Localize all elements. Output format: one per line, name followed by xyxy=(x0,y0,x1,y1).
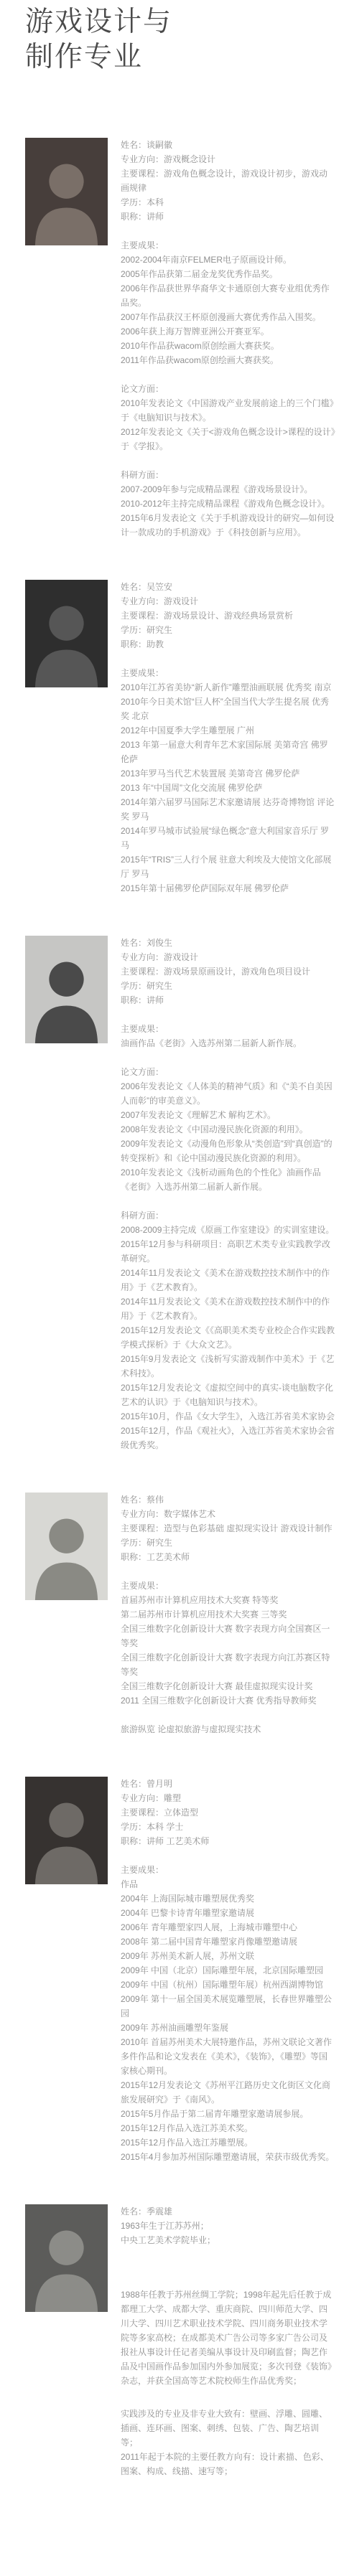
achievement-line: 2006年 青年雕塑家四人展，上海城市雕塑中心 xyxy=(121,1920,335,1935)
achievement-line: 作品 xyxy=(121,1877,335,1891)
achievement-line: 2009年 第十一届全国美术展览雕塑展，长春世界雕塑公园 xyxy=(121,1992,335,2021)
member-card: 姓名：蔡伟专业方向：数字媒体艺术主要课程：造型与色彩基础 虚拟现实设计 游戏设计… xyxy=(25,1493,338,1736)
page-title-line-1: 游戏设计与 xyxy=(25,4,338,39)
member-details: 姓名：蔡伟专业方向：数字媒体艺术主要课程：造型与色彩基础 虚拟现实设计 游戏设计… xyxy=(121,1493,338,1736)
member-info-line: 专业方向：游戏概念设计 xyxy=(121,152,335,166)
achievement-line: 油画作品《老街》入选苏州第二届新人新作展。 xyxy=(121,1036,335,1050)
achievement-line: 2015年12月，作品《观社火》，入选江苏省美术家协会省级优秀奖。 xyxy=(121,1424,335,1452)
achievement-line: 2015年12月参与科研项目：高职艺术类专业实践教学改革研究。 xyxy=(121,1237,335,1266)
achievement-line: 2015年12月发表论文《虚拟空间中的真实-谈电脑数字化艺术的认识》于《电脑知识… xyxy=(121,1381,335,1409)
achievement-line: 2011 全国三维数字化创新设计大赛 优秀指导教师奖 xyxy=(121,1693,335,1708)
achievement-line: 2004年 巴黎卡诗青年雕塑家邀请展 xyxy=(121,1906,335,1920)
achievement-line: 2010年 首届苏州美术大展特邀作品，苏州文联论文著作 xyxy=(121,2035,335,2049)
member-details: 姓名：刘俊生专业方向：游戏设计主要课程：游戏场景原画设计，游戏角色项目设计学历：… xyxy=(121,936,338,1452)
member-info-line: 学历：研究生 xyxy=(121,1536,335,1550)
portrait-man-goatee-glasses-photo xyxy=(25,936,108,1043)
member-info: 姓名：蔡伟专业方向：数字媒体艺术主要课程：造型与色彩基础 虚拟现实设计 游戏设计… xyxy=(121,1493,335,1564)
member-info-line: 主要课程：游戏角色概念设计，游戏设计初步，游戏动画规律 xyxy=(121,166,335,195)
member-info-line: 姓名：谈嗣徽 xyxy=(121,138,335,152)
achievement-section: 主要成果：首届苏州市计算机应用技术大奖赛 特等奖第二届苏州市计算机应用技术大奖赛… xyxy=(121,1579,335,1708)
member-info: 姓名：季震雄1963年生于江苏苏州；中央工艺美术学院毕业； xyxy=(121,2204,335,2247)
achievement-line: 2010年发表论文《中国游戏产业发展前途上的三个门槛》于《电脑知识与技术》。 xyxy=(121,396,335,425)
member-details: 姓名：谈嗣徽专业方向：游戏概念设计主要课程：游戏角色概念设计，游戏设计初步，游戏… xyxy=(121,138,338,540)
member-info-line: 职称：助教 xyxy=(121,637,335,652)
achievement-line: 实践涉及的专业及非专业大致有：壁画、浮雕、圆雕、插画、连环画、图案、刺绣、包装、… xyxy=(121,2407,335,2450)
achievement-line: 2010年发表论文《浅析动画角色的个性化》油画作品《老街》入选苏州第二届新人新作… xyxy=(121,1165,335,1194)
member-info: 姓名：谈嗣徽专业方向：游戏概念设计主要课程：游戏角色概念设计，游戏设计初步，游戏… xyxy=(121,138,335,224)
achievement-line: 2008年 第二届中国青年雕塑家肖像雕塑邀请展 xyxy=(121,1935,335,1949)
member-info-line: 1963年生于江苏苏州； xyxy=(121,2219,335,2233)
achievement-line: 2015年10月，作品《女大学生》，入选江苏省美术家协会 xyxy=(121,1409,335,1424)
member-card: 姓名：刘俊生专业方向：游戏设计主要课程：游戏场景原画设计，游戏角色项目设计学历：… xyxy=(25,936,338,1452)
section-heading: 论文方面： xyxy=(121,1065,335,1079)
achievement-line: 2010年作品获wacom原创绘画大赛获奖。 xyxy=(121,339,335,353)
achievement-line: 2009年 苏州油画雕塑年鉴展 xyxy=(121,2021,335,2035)
member-info: 姓名：曾月明专业方向：雕塑主要课程：立体造型学历：本科 学士职称：讲师 工艺美术… xyxy=(121,1777,335,1848)
portrait-woman-dark-photo xyxy=(25,1777,108,1884)
achievement-line: 2015年第十届佛罗伦萨国际双年展 佛罗伦萨 xyxy=(121,881,335,896)
member-info-line: 学历：研究生 xyxy=(121,979,335,993)
member-info-line: 专业方向：游戏设计 xyxy=(121,950,335,964)
section-heading: 主要成果： xyxy=(121,238,335,253)
person-silhouette-icon xyxy=(25,947,108,1043)
section-heading: 主要成果： xyxy=(121,666,335,680)
member-info-line: 职称：工艺美术师 xyxy=(121,1550,335,1564)
achievement-section: 旅游纵览 论虚拟旅游与虚拟现实技术 xyxy=(121,1722,335,1736)
achievement-line: 2012年中国夏季大学生雕塑展 广州 xyxy=(121,723,335,738)
member-sections: 1988年任教于苏州丝绸工学院；1998年起先后任教于成都理工大学、成都大学、重… xyxy=(121,2288,335,2478)
achievement-line: 2009年发表论文《动漫角色形象从“类创造”到“真创造”的转变探析》和《论中国动… xyxy=(121,1137,335,1165)
achievement-section: 主要成果：2002-2004年南京FELMER电子原画设计师。2005年作品获第… xyxy=(121,238,335,367)
achievement-line: 2010年江苏省美协“新人新作”雕塑油画联展 优秀奖 南京 xyxy=(121,680,335,695)
achievement-line: 2008-2009主持完成《原画工作室建设》的实训室建设。 xyxy=(121,1223,335,1237)
member-info-line: 学历：研究生 xyxy=(121,623,335,637)
member-info-line: 主要课程：游戏场景原画设计，游戏角色项目设计 xyxy=(121,964,335,979)
achievement-line: 2007年作品获汉王杯原创漫画大赛优秀作品入围奖。 xyxy=(121,310,335,324)
achievement-line: 2002-2004年南京FELMER电子原画设计师。 xyxy=(121,253,335,267)
member-card: 姓名：谈嗣徽专业方向：游戏概念设计主要课程：游戏角色概念设计，游戏设计初步，游戏… xyxy=(25,138,338,540)
achievement-line: 2009年 苏州美术新人展，苏州文联 xyxy=(121,1949,335,1963)
achievement-line: 2014年罗马城市试验展“绿色概念”意大利国家音乐厅 罗马 xyxy=(121,824,335,852)
achievement-line: 2006年获上海万智牌亚洲公开赛亚军。 xyxy=(121,324,335,339)
achievement-section: 主要成果：2010年江苏省美协“新人新作”雕塑油画联展 优秀奖 南京2010年今… xyxy=(121,666,335,896)
achievement-line: 2004年 上海国际城市雕塑展优秀奖 xyxy=(121,1891,335,1906)
achievement-line: 全国三维数字化创新设计大赛 最佳虚拟现实设计奖 xyxy=(121,1679,335,1693)
section-heading: 科研方面： xyxy=(121,468,335,482)
achievement-line: 2011年起于本院的主要任教方向有：设计素描、色彩、图案、构成、线描、速写等； xyxy=(121,2450,335,2478)
member-info-line: 职称：讲师 xyxy=(121,993,335,1007)
member-info-line: 主要课程：造型与色彩基础 虚拟现实设计 游戏设计制作 xyxy=(121,1521,335,1536)
member-details: 姓名：曾月明专业方向：雕塑主要课程：立体造型学历：本科 学士职称：讲师 工艺美术… xyxy=(121,1777,338,2164)
person-silhouette-icon xyxy=(25,591,108,687)
achievement-line: 2006年发表论文《人体美的精神气质》和《“美不自美因人而彰”的审美意义》。 xyxy=(121,1079,335,1108)
achievement-line: 2015年4月参加苏州国际雕塑邀请展，荣获市级优秀奖。 xyxy=(121,2150,335,2164)
achievement-section: 主要成果：油画作品《老街》入选苏州第二届新人新作展。 xyxy=(121,1022,335,1050)
achievement-line: 2012年发表论文《关于<游戏角色概念设计>课程的设计》于《学报》。 xyxy=(121,425,335,453)
member-sections: 主要成果：2002-2004年南京FELMER电子原画设计师。2005年作品获第… xyxy=(121,238,335,540)
member-details: 姓名：季震雄1963年生于江苏苏州；中央工艺美术学院毕业；1988年任教于苏州丝… xyxy=(121,2204,338,2478)
member-info: 姓名：刘俊生专业方向：游戏设计主要课程：游戏场景原画设计，游戏角色项目设计学历：… xyxy=(121,936,335,1007)
member-sections: 主要成果：作品2004年 上海国际城市雕塑展优秀奖2004年 巴黎卡诗青年雕塑家… xyxy=(121,1863,335,2164)
achievement-section: 科研方面：2008-2009主持完成《原画工作室建设》的实训室建设。2015年1… xyxy=(121,1208,335,1452)
member-info-line: 职称：讲师 xyxy=(121,210,335,224)
member-details: 姓名：吴笠安专业方向：游戏设计主要课程：游戏场景设计、游戏经典场景赏析学历：研究… xyxy=(121,580,338,896)
member-info-line: 主要课程：游戏场景设计、游戏经典场景赏析 xyxy=(121,608,335,623)
achievement-line: 全国三维数字化创新设计大赛 数字表现方向江苏赛区特等奖 xyxy=(121,1650,335,1679)
member-info-line: 姓名：曾月明 xyxy=(121,1777,335,1791)
member-info-line: 专业方向：游戏设计 xyxy=(121,594,335,608)
member-info-line: 专业方向：数字媒体艺术 xyxy=(121,1507,335,1521)
achievement-line: 2010年今日美术馆“巨人杯”全国当代大学生提名展 优秀奖 北京 xyxy=(121,695,335,723)
achievement-line: 旅游纵览 论虚拟旅游与虚拟现实技术 xyxy=(121,1722,335,1736)
member-info-line: 中央工艺美术学院毕业； xyxy=(121,2233,335,2247)
achievement-line: 2007-2009年参与完成精品课程《游戏场景设计》。 xyxy=(121,482,335,497)
achievement-section: 实践涉及的专业及非专业大致有：壁画、浮雕、圆雕、插画、连环画、图案、刺绣、包装、… xyxy=(121,2407,335,2478)
achievement-line: 2009年 中国（北京）国际雕塑年展，北京国际雕塑园 xyxy=(121,1963,335,1978)
person-silhouette-icon xyxy=(25,2216,108,2312)
achievement-section: 论文方面：2006年发表论文《人体美的精神气质》和《“美不自美因人而彰”的审美意… xyxy=(121,1065,335,1194)
achievement-line: 2015年6月发表论文《关于手机游戏设计的研究—如何设计一款成功的手机游戏》于《… xyxy=(121,511,335,540)
achievement-line: 2015年9月发表论文《浅析写实游戏制作中美术》于《艺术科技》。 xyxy=(121,1352,335,1381)
page: 游戏设计与 制作专业 姓名：谈嗣徽专业方向：游戏概念设计主要课程：游戏角色概念设… xyxy=(0,0,344,2576)
achievement-line: 2005年作品获第二届金龙奖优秀作品奖。 xyxy=(121,267,335,281)
section-heading: 科研方面： xyxy=(121,1208,335,1223)
portrait-man-medium-photo xyxy=(25,2204,108,2312)
achievement-section: 科研方面：2007-2009年参与完成精品课程《游戏场景设计》。2010-201… xyxy=(121,468,335,540)
person-silhouette-icon xyxy=(25,1504,108,1600)
achievement-line: 2009年 中国（杭州）国际雕塑年展）杭州西湖博物馆 xyxy=(121,1978,335,1992)
achievement-line: 全国三维数字化创新设计大赛 数字表现方向全国赛区一等奖 xyxy=(121,1622,335,1650)
member-sections: 主要成果：首届苏州市计算机应用技术大奖赛 特等奖第二届苏州市计算机应用技术大奖赛… xyxy=(121,1579,335,1736)
portrait-man-outdoor-backpack-photo xyxy=(25,1493,108,1600)
page-title-line-2: 制作专业 xyxy=(25,39,338,75)
achievement-line: 多件作品和论文发表在《美术》，《装饰》，《雕塑》等国家核心期刊。 xyxy=(121,2049,335,2078)
member-info-line: 姓名：季震雄 xyxy=(121,2204,335,2219)
section-heading: 论文方面： xyxy=(121,382,335,396)
achievement-line: 2014年11月发表论文《美术在游戏数控技术制作中的作用》于《艺术教育》。 xyxy=(121,1266,335,1294)
section-heading: 主要成果： xyxy=(121,1022,335,1036)
person-silhouette-icon xyxy=(25,1788,108,1884)
achievement-line: 2015年12月发表论文《苏州平江路历史文化街区文化商旅发展研究》于《南风》。 xyxy=(121,2078,335,2107)
achievement-line: 2015年12月作品入选江苏美术奖。 xyxy=(121,2121,335,2135)
member-card: 姓名：曾月明专业方向：雕塑主要课程：立体造型学历：本科 学士职称：讲师 工艺美术… xyxy=(25,1777,338,2164)
achievement-line: 2014年第六届罗马国际艺术家邀请展 达芬奇博物馆 评论奖 罗马 xyxy=(121,795,335,824)
achievement-line: 2011年作品获wacom原创绘画大赛获奖。 xyxy=(121,353,335,367)
achievement-line: 2015年12月发表论文《《高职美术类专业校企合作实践教学模式探析》于《大众文艺… xyxy=(121,1323,335,1352)
achievement-line: 2014年11月发表论文《美术在游戏数控技术制作中的作用》于《艺术教育》。 xyxy=(121,1294,335,1323)
member-card: 姓名：吴笠安专业方向：游戏设计主要课程：游戏场景设计、游戏经典场景赏析学历：研究… xyxy=(25,580,338,896)
person-silhouette-icon xyxy=(25,149,108,245)
achievement-line: 2015年5月作品于第二届青年雕塑家邀请展参展。 xyxy=(121,2107,335,2121)
page-title: 游戏设计与 制作专业 xyxy=(25,4,338,75)
achievement-line: 2010-2012年主持完成精品课程《游戏角色概念设计》。 xyxy=(121,497,335,511)
achievement-line: 第二届苏州市计算机应用技术大奖赛 三等奖 xyxy=(121,1607,335,1622)
achievement-line: 2008年发表论文《中国动漫民族化资源的利用》。 xyxy=(121,1122,335,1137)
member-info-line: 主要课程：立体造型 xyxy=(121,1805,335,1820)
achievement-section: 论文方面：2010年发表论文《中国游戏产业发展前途上的三个门槛》于《电脑知识与技… xyxy=(121,382,335,453)
member-info-line: 职称：讲师 工艺美术师 xyxy=(121,1834,335,1848)
achievement-line: 2007年发表论文《理解艺术 解构艺术》。 xyxy=(121,1108,335,1122)
achievement-line: 首届苏州市计算机应用技术大奖赛 特等奖 xyxy=(121,1593,335,1607)
achievement-line: 2013 年“中国周”文化交流展 佛罗伦萨 xyxy=(121,781,335,795)
achievement-line: 2006年作品获世界华裔华文卡通原创大赛专业组优秀作品奖。 xyxy=(121,281,335,310)
member-info-line: 姓名：蔡伟 xyxy=(121,1493,335,1507)
achievement-line: 1988年任教于苏州丝绸工学院；1998年起先后任教于成都理工大学、成都大学、重… xyxy=(121,2288,335,2388)
portrait-man-dark-photo xyxy=(25,580,108,687)
section-heading: 主要成果： xyxy=(121,1863,335,1877)
member-card: 姓名：季震雄1963年生于江苏苏州；中央工艺美术学院毕业；1988年任教于苏州丝… xyxy=(25,2204,338,2478)
achievement-section: 主要成果：作品2004年 上海国际城市雕塑展优秀奖2004年 巴黎卡诗青年雕塑家… xyxy=(121,1863,335,2164)
member-info-line: 专业方向：雕塑 xyxy=(121,1791,335,1805)
member-sections: 主要成果：油画作品《老街》入选苏州第二届新人新作展。论文方面：2006年发表论文… xyxy=(121,1022,335,1452)
member-sections: 主要成果：2010年江苏省美协“新人新作”雕塑油画联展 优秀奖 南京2010年今… xyxy=(121,666,335,896)
achievement-line: 2015年“TRIS”三人行个展 驻意大利埃及大使馆文化部展厅 罗马 xyxy=(121,852,335,881)
achievement-section: 1988年任教于苏州丝绸工学院；1998年起先后任教于成都理工大学、成都大学、重… xyxy=(121,2288,335,2388)
portrait-man-glasses-photo xyxy=(25,138,108,245)
member-info-line: 学历：本科 xyxy=(121,195,335,210)
member-info-line: 姓名：刘俊生 xyxy=(121,936,335,950)
member-info-line: 学历：本科 学士 xyxy=(121,1820,335,1834)
achievement-line: 2015年12月作品入选江苏雕塑展。 xyxy=(121,2135,335,2150)
member-info-line: 姓名：吴笠安 xyxy=(121,580,335,594)
achievement-line: 2013 年第一届意大利青年艺术家国际展 美第奇宫 佛罗伦萨 xyxy=(121,738,335,766)
member-info: 姓名：吴笠安专业方向：游戏设计主要课程：游戏场景设计、游戏经典场景赏析学历：研究… xyxy=(121,580,335,652)
section-heading: 主要成果： xyxy=(121,1579,335,1593)
achievement-line: 2013年罗马当代艺术装置展 美第奇宫 佛罗伦萨 xyxy=(121,766,335,781)
faculty-list: 姓名：谈嗣徽专业方向：游戏概念设计主要课程：游戏角色概念设计，游戏设计初步，游戏… xyxy=(25,138,338,2478)
